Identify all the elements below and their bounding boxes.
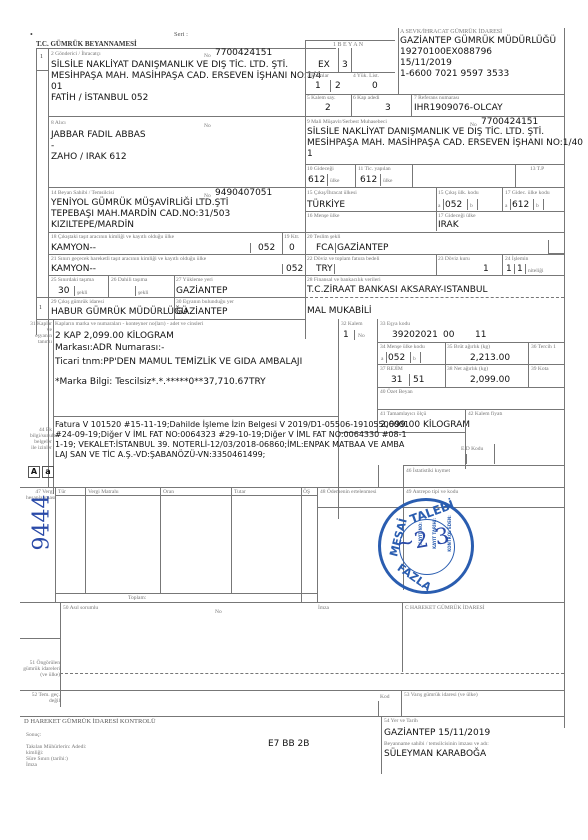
- divider: [36, 70, 48, 71]
- divider: [48, 232, 564, 233]
- divider: [514, 264, 515, 274]
- exchange-rate: 1: [483, 264, 489, 275]
- border-transport-mode: 30: [58, 286, 69, 297]
- declarant-address: TEPEBAŞI MAH.MARDİN CAD.NO:31/503: [51, 209, 230, 220]
- divider: [436, 254, 437, 275]
- divider: [231, 487, 232, 593]
- box-36-label: 36 Tercih 1: [531, 344, 556, 350]
- divider: [548, 240, 549, 253]
- invoice-currency: TRY: [316, 264, 333, 275]
- divider: [533, 199, 534, 210]
- divider: [20, 690, 564, 691]
- export-country-code: 052: [445, 200, 462, 211]
- exporter-line: FATİH / İSTANBUL 052: [51, 93, 148, 104]
- box-25-suffix: şekli: [77, 290, 87, 296]
- divider: [305, 94, 306, 339]
- box-46-label: 46 İstatistiki kıymet: [406, 468, 450, 474]
- box-49-label: 49 Antrepo tipi ve kodu: [406, 489, 458, 495]
- code-box-a-lower: a: [42, 466, 54, 478]
- divider: [334, 264, 335, 274]
- box-10-label: 10 Gideceği: [307, 166, 334, 172]
- code-box-a-upper: A: [28, 466, 40, 478]
- container-flag: 0: [289, 243, 295, 254]
- divider: [53, 416, 338, 417]
- box-52-code-label: Kod: [380, 694, 389, 700]
- box-17-code-label: 17 Gidec. ülke kodu: [505, 190, 550, 196]
- goods-description-line: 2 KAP 2,099.00 KİLOGRAM: [55, 331, 174, 342]
- divider: [502, 254, 503, 275]
- divider: [510, 199, 511, 210]
- box-14-label: 14 Beyan Sahibi / Temsilcisi: [51, 190, 114, 196]
- box-31-side-label: 31 Kaplar ve eşyanın tanımı: [30, 321, 52, 345]
- box-29-side-number: 1: [39, 305, 42, 311]
- box-9-label: 9 Mali Müşavir/Serbest Muhasebeci: [307, 119, 387, 125]
- package-count: 3: [385, 103, 391, 114]
- divider: [402, 602, 403, 672]
- border-vehicle-country: 052: [286, 264, 303, 275]
- goods-description-line: *Marka Bilgi: Tescilsiz*.*.*****0**37,71…: [55, 377, 266, 388]
- box-54-label: 54 Yer ve Tarih: [384, 718, 418, 724]
- previous-regime-code: 51: [413, 375, 424, 386]
- reference-number: IHR1909076-OLCAY: [414, 103, 503, 114]
- net-weight: 2,099.00: [470, 375, 510, 386]
- goods-description-line: Markası:ADR Numarası:-: [55, 343, 164, 354]
- divider: [338, 48, 339, 73]
- divider: [381, 716, 382, 774]
- box-39-label: 39 Kota: [531, 366, 549, 372]
- regime-code: 31: [391, 375, 402, 386]
- divider: [411, 94, 412, 116]
- origin-country-code: 052: [388, 353, 405, 364]
- frame-left-line: [36, 48, 37, 335]
- divider: [420, 352, 421, 363]
- divider: [398, 28, 399, 94]
- divider: [330, 80, 331, 92]
- divider: [377, 409, 564, 410]
- declaration-subtype: 3: [342, 60, 348, 71]
- box-27-label: 27 Yükleme yeri: [176, 277, 213, 283]
- divider: [354, 330, 355, 340]
- divider: [55, 593, 317, 594]
- frame-inner-left-line: [48, 48, 49, 488]
- copy-number: 1: [40, 54, 43, 60]
- consignee-name: JABBAR FADIL ABBAS: [51, 130, 146, 141]
- divider: [443, 199, 444, 210]
- divider: [409, 374, 410, 386]
- box-d-label: D HAREKET GÜMRÜK İDARESİ KONTROLÜ: [24, 718, 156, 725]
- box-15-code-label: 15 Çıkış ülk. kodu: [438, 190, 479, 196]
- seri-label: Seri :: [174, 31, 188, 38]
- delivery-place: GAZİANTEP: [337, 243, 388, 254]
- trading-country-code: 612: [360, 175, 377, 186]
- divider: [525, 264, 526, 274]
- reference-code: 1-6600 7021 9597 3533: [400, 69, 509, 80]
- divider: [494, 444, 495, 464]
- box-38-label: 38 Net ağırlık (kg): [447, 366, 488, 372]
- divider: [401, 690, 402, 717]
- box-25-label: 25 Sınırdaki taşıma: [51, 277, 94, 283]
- box-42-label: 42 Kalem fiyatı: [468, 411, 503, 417]
- destination-code: 612: [308, 175, 325, 186]
- exporter-tax-no: 7700424151: [215, 48, 272, 59]
- destination-country-code: 612: [512, 200, 529, 211]
- consignee-city: ZAHO / IRAK 612: [51, 152, 127, 163]
- divider: [515, 164, 516, 188]
- divider: [477, 199, 478, 210]
- exit-customs-office: HABUR GÜMRÜK MÜDÜRLÜĞÜ: [51, 307, 188, 318]
- divider: [20, 487, 564, 488]
- transaction-subtype: 1: [517, 264, 523, 275]
- divider: [305, 40, 395, 41]
- frame-top-line: [36, 48, 336, 49]
- box-17-label: 17 Gideceği ülke: [438, 213, 476, 219]
- divider: [377, 387, 564, 388]
- divider: [436, 187, 437, 211]
- divider: [48, 254, 564, 255]
- form-number: 1: [315, 81, 321, 92]
- box-26-label: 26 Dahili taşıma: [111, 277, 147, 283]
- goods-location: GAZİANTEP: [176, 307, 227, 318]
- divider: [48, 275, 564, 276]
- divider: [335, 243, 336, 253]
- control-signature: İmza: [26, 762, 37, 768]
- box-8-label: 8 Alıcı: [51, 120, 66, 126]
- box-34-label: 34 Menşe ülke kodu: [380, 344, 425, 350]
- divider: [386, 352, 387, 363]
- registration-date: 15/11/2019: [400, 58, 452, 69]
- divider: [20, 602, 564, 603]
- box-26-suffix: şekli: [138, 290, 148, 296]
- tax-total-label: Toplam:: [128, 595, 146, 601]
- bank-info: T.C.ZİRAAT BANKASI AKSARAY-ISTANBUL: [307, 285, 488, 296]
- divider: [20, 638, 60, 639]
- divider: [378, 701, 379, 717]
- divider: [351, 48, 352, 73]
- box-50-no-label: No: [215, 609, 222, 615]
- box-32-label: 32 Kalem: [341, 321, 363, 327]
- box-11-label: 11 Tic. yapılan: [358, 166, 391, 172]
- box-31-label: Kapların marka ve numaraları - konteyner…: [55, 321, 203, 327]
- box-6-label: 6 Kap adedi: [353, 95, 380, 101]
- box-4-label: 4 Yük. List.: [353, 73, 379, 79]
- divider: [351, 94, 352, 116]
- divider: [282, 264, 283, 274]
- divider: [305, 297, 564, 298]
- divider: [380, 174, 381, 186]
- divider: [355, 164, 356, 188]
- frame-right-line: [564, 28, 565, 728]
- box-44-side-label: 44 Ek bilgi/sunulan belgeler ile izinler: [30, 427, 52, 451]
- form-total: 2: [335, 81, 341, 92]
- export-country: TÜRKİYE: [307, 200, 345, 211]
- box-a-label: A SEVK/İHRACAT GÜMRÜK İDARESİ: [400, 29, 502, 35]
- box-22-label: 22 Döviz ve toplam fatura bedeli: [307, 256, 380, 262]
- divider: [412, 164, 413, 188]
- handwritten-note: 9444: [30, 495, 55, 551]
- declarant-name: YENİYOL GÜMRÜK MÜŞAVİRLİĞİ LTD.ŞTİ: [51, 198, 228, 209]
- divider: [502, 187, 503, 211]
- divider: [327, 174, 328, 186]
- divider: [403, 465, 564, 466]
- accountant-line: MESİHPAŞA MAH. MASİHPAŞA CAD. ERSEVEN İŞ…: [307, 138, 583, 149]
- divider: [60, 673, 564, 674]
- departure-vehicle: KAMYON--: [51, 243, 96, 254]
- hs-code: 39202021: [392, 330, 438, 341]
- box-37-label: 37 REJİM: [380, 366, 403, 372]
- box-40-label: 40 Özet Beyan: [380, 389, 413, 395]
- border-vehicle: KAMYON--: [51, 264, 96, 275]
- divider: [108, 275, 109, 297]
- divider: [36, 297, 305, 298]
- corner-mark: •: [30, 30, 33, 39]
- divider: [410, 352, 411, 363]
- signatory-name: SÜLEYMAN KARABOĞA: [384, 749, 486, 760]
- divider: [135, 286, 136, 296]
- box-ed-label: E.D Kodu: [461, 446, 483, 452]
- box-50-sign-label: İmza: [318, 605, 329, 611]
- box-5-label: 5 Kalem say.: [307, 95, 336, 101]
- loading-lists: 0: [372, 81, 378, 92]
- box-2-label: 2 Gönderici / İhracatçı: [51, 51, 101, 57]
- document-code: E7 BB 2B: [268, 739, 309, 750]
- divider: [436, 211, 437, 231]
- box-33-label: 33 Eşya kodu: [380, 321, 410, 327]
- divider: [305, 164, 564, 165]
- divider: [377, 364, 564, 365]
- divider: [378, 465, 379, 487]
- exporter-line: MESİHPAŞA MAH. MASİHPAŞA CAD. ERSEVEN İŞ…: [51, 71, 321, 82]
- box-29-label: 29 Çıkış gümrük idaresi: [51, 299, 104, 305]
- box-13-label: 13 T.P: [530, 166, 544, 172]
- box-48-label: 48 Ödemenin ertelenmesi: [320, 489, 377, 495]
- loading-place: GAZİANTEP: [176, 286, 227, 297]
- divider: [377, 342, 564, 343]
- exporter-line: 01: [51, 82, 62, 93]
- box-15-label: 15 Çıkış/İhracat ülkesi: [307, 190, 357, 196]
- divider: [543, 199, 544, 210]
- divider: [305, 40, 306, 95]
- signature-label: Beyanname sahibi / temsilcisinin imzası …: [384, 741, 489, 747]
- divider: [282, 232, 283, 254]
- additional-info-line: LAJ SAN VE TİC A.Ş.-VD:ŞABANÖZÜ-VN:33504…: [55, 449, 265, 460]
- box-19-label: 19 Ktr.: [284, 234, 299, 240]
- declaration-type: EX: [318, 60, 330, 71]
- box-20-label: 20 Teslim şekli: [307, 234, 340, 240]
- gross-weight: 2,213.00: [470, 353, 510, 364]
- box-3-label: 3 Formlar: [307, 73, 329, 79]
- divider: [48, 187, 564, 188]
- registration-number: 19270100EX088796: [400, 47, 492, 58]
- box-41-label: 41 Tamamlayıcı ölçü: [380, 411, 426, 417]
- box-10-suffix: ülke: [330, 178, 339, 184]
- box-28-label: 28 Finansal ve bankacılık verileri: [307, 277, 381, 283]
- box-50-label: 50 Asıl sorumlu: [63, 605, 98, 611]
- box-24-suffix: niteliği: [528, 268, 544, 274]
- box-16-label: 16 Menşe ülke: [307, 213, 339, 219]
- box-23-label: 23 Döviz kuru: [438, 256, 470, 262]
- divider: [466, 454, 467, 464]
- divider: [301, 487, 302, 602]
- accountant-line: 1: [307, 149, 313, 160]
- box-21-label: 21 Sınırı geçecek hareketli taşıt aracın…: [51, 256, 206, 262]
- box-c-label: C HAREKET GÜMRÜK İDARESİ: [405, 605, 485, 611]
- destination-country: IRAK: [438, 220, 459, 231]
- exporter-line: SİLSİLE NAKLİYAT DANIŞMANLIK VE DIŞ TİC.…: [51, 60, 288, 71]
- divider: [55, 487, 56, 602]
- box-24-label: 24 İşlemin: [505, 256, 528, 262]
- departure-vehicle-country: 052: [258, 243, 275, 254]
- hs-code-suffix-1: 00: [443, 330, 454, 341]
- item-number: 1: [343, 330, 349, 341]
- box-51-label: 51 Öngörülen gümrük idareleri (ve ülke): [18, 660, 60, 678]
- divider: [160, 487, 161, 593]
- form-title: T.C. GÜMRÜK BEYANNAMESİ: [36, 40, 137, 48]
- divider: [305, 211, 564, 212]
- divider: [20, 716, 564, 717]
- goods-description-line: Ticari tnm:PP'DEN MAMUL TEMİZLİK VE GIDA…: [55, 357, 302, 368]
- incoterm: FCA: [316, 243, 334, 254]
- box-53-label: 53 Varış gümrük idaresi (ve ülke): [404, 692, 478, 698]
- box-11-suffix: ülke: [383, 178, 392, 184]
- payment-method: MAL MUKABİLİ: [307, 306, 372, 317]
- accountant-line: SİLSİLE NAKLİYAT DANIŞMANLIK VE DIŞ TİC.…: [307, 127, 544, 138]
- divider: [377, 319, 378, 342]
- box-18-label: 18 Çıkıştaki taşıt aracının kimliği ve k…: [51, 234, 174, 240]
- divider: [317, 487, 318, 602]
- control-result: Sonuç:: [26, 732, 41, 738]
- box-35-label: 35 Brüt ağırlık (kg): [447, 344, 490, 350]
- divider: [36, 319, 305, 320]
- box-2-no-label: No: [204, 53, 211, 59]
- divider: [74, 286, 75, 296]
- box-30-label: 30 Eşyanın bulunduğu yer: [176, 299, 234, 305]
- divider: [467, 199, 468, 210]
- hs-code-suffix-2: 11: [475, 330, 486, 341]
- transaction-type: 1: [506, 264, 512, 275]
- consignee-line: -: [51, 141, 54, 152]
- divider: [55, 495, 317, 496]
- box-7-label: 7 Referans numarası: [414, 95, 459, 101]
- customs-office: GAZİANTEP GÜMRÜK MÜDÜRLÜĞÜ: [400, 36, 556, 47]
- divider: [250, 243, 251, 253]
- box-32-no-label: No: [358, 333, 365, 339]
- divider: [60, 602, 61, 707]
- box-52-label: 52 Tem. geç. değil: [22, 692, 60, 704]
- declaration-place-date: GAZİANTEP 15/11/2019: [384, 728, 490, 739]
- divider: [85, 487, 86, 593]
- declarant-city: KIZILTEPE/MARDİN: [51, 220, 134, 231]
- item-count: 2: [325, 103, 331, 114]
- box-8-no-label: No: [204, 123, 211, 129]
